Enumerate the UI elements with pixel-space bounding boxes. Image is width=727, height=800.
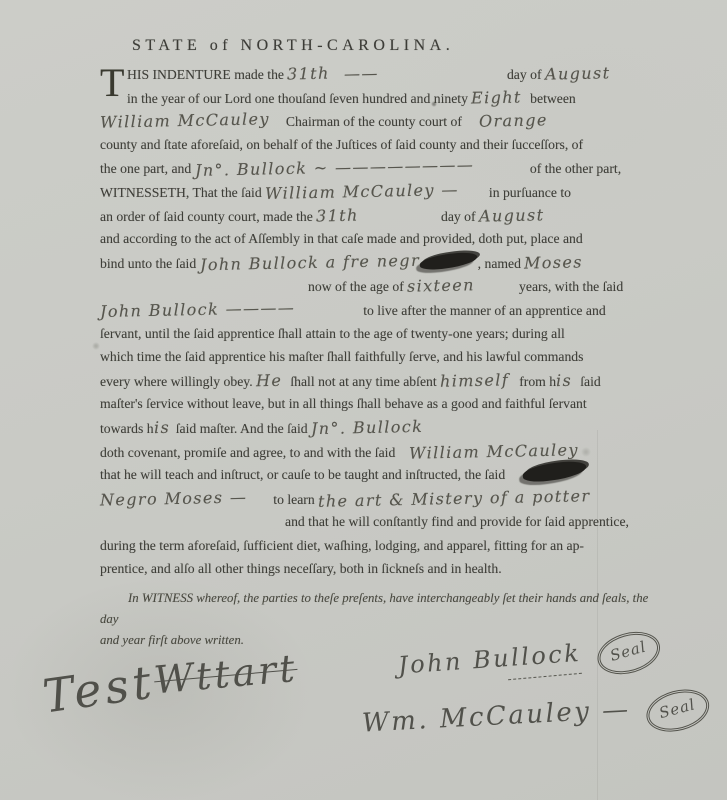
body-line: during the term aforeſaid, ſufficient di… [100, 534, 690, 558]
printed-text: Chairman of the county court of [286, 114, 465, 129]
witness-signature-flourish: Wttart [152, 646, 299, 702]
handwritten-fill: William McCauley [100, 107, 270, 134]
handwritten-fill: William McCauley [409, 438, 579, 465]
body-line: county and ſtate aforeſaid, on behalf of… [100, 133, 690, 157]
spacer [509, 385, 519, 386]
body-line: doth covenant, promiſe and agree, to and… [100, 440, 690, 464]
printed-text: now of the age of [308, 279, 407, 294]
spacer [465, 125, 479, 126]
printed-text: of the other part, [530, 161, 621, 176]
body-line: now of the age of sixteenyears, with the… [100, 274, 690, 298]
witness-attest-text: Test [39, 654, 158, 723]
spacer [522, 102, 530, 103]
printed-text: maſter's ſervice without leave, but in a… [100, 396, 587, 411]
handwritten-fill: is [556, 369, 573, 393]
spacer [399, 456, 409, 457]
handwritten-fill: 31th [316, 203, 359, 227]
printed-text: from h [519, 374, 556, 389]
printed-text: , named [478, 256, 525, 271]
document-page: STATE of NORTH-CAROLINA. T HIS INDENTURE… [0, 0, 727, 800]
printed-text: the one part, and [100, 161, 195, 176]
printed-text: every where willingly obey. [100, 374, 256, 389]
body-line: HIS INDENTURE made the 31th——day of Augu… [100, 62, 690, 86]
spacer [359, 220, 441, 221]
signature-name: Wm. McCauley — [361, 695, 631, 739]
body-line: in the year of our Lord one thouſand ſev… [100, 86, 690, 110]
ink-blot-icon [521, 460, 587, 485]
printed-text: and according to the act of Aſſembly in … [100, 231, 583, 246]
printed-text: which time the ſaid apprentice his maſte… [100, 349, 583, 364]
spacer [459, 196, 489, 197]
spacer [475, 290, 519, 291]
spacer [330, 78, 344, 79]
handwritten-fill: Eight [471, 85, 522, 110]
printed-text: ſaid [580, 374, 601, 389]
handwritten-fill: August [545, 61, 611, 86]
printed-text: ſhall not at any time abſent [290, 374, 440, 389]
printed-text: to learn [273, 492, 318, 507]
printed-text: in purſuance to [489, 185, 571, 200]
handwritten-fill: Orange [479, 108, 548, 133]
body-line: prentice, and alſo all other things nece… [100, 557, 690, 581]
printed-text: towards h [100, 421, 154, 436]
handwritten-fill: John Bullock ———— [100, 296, 296, 324]
spacer [295, 314, 363, 315]
body-line: which time the ſaid apprentice his maſte… [100, 345, 690, 369]
printed-text: doth covenant, promiſe and agree, to and… [100, 445, 399, 460]
printed-text: years, with the ſaid [519, 279, 623, 294]
printed-text: bind unto the ſaid [100, 256, 200, 271]
body-line: towards hisſaid maſter. And the ſaid Jn°… [100, 416, 690, 440]
printed-text: prentice, and alſo all other things nece… [100, 561, 502, 576]
body-line: that he will teach and inſtruct, or cauſ… [100, 463, 690, 487]
body-line: ſervant, until the ſaid apprentice ſhall… [100, 322, 690, 346]
body-line: and that he will conſtantly find and pro… [100, 510, 690, 534]
handwritten-fill: himself [440, 368, 510, 393]
body-line: John Bullock ————to live after the manne… [100, 298, 690, 322]
signature-wm-mccauley: Wm. McCauley — Seal [361, 689, 711, 747]
seal-icon: Seal [642, 683, 714, 738]
body-line: William McCauleyChairman of the county c… [100, 109, 690, 133]
handwritten-fill: Negro Moses — [100, 485, 248, 512]
printed-text: day of [507, 67, 545, 82]
printed-text: during the term aforeſaid, ſufficient di… [100, 538, 584, 553]
body-line: an order of ſaid county court, made the … [100, 204, 690, 228]
handwritten-fill: sixteen [407, 274, 475, 299]
printed-text: ſaid maſter. And the ſaid [176, 421, 311, 436]
handwritten-fill: John Bullock a fre negr [199, 248, 419, 276]
printed-text: day of [441, 209, 479, 224]
body-line: WITNESSETH, That the ſaid William McCaul… [100, 180, 690, 204]
body-line: the one part, and Jn°. Bullock ~ ———————… [100, 156, 690, 180]
printed-text: that he will teach and inſtruct, or cauſ… [100, 467, 509, 482]
printed-text: WITNESSETH, That the ſaid [100, 185, 265, 200]
handwritten-fill: the art & Mistery of a potter [318, 484, 591, 513]
handwritten-fill: William McCauley — [265, 178, 459, 206]
spacer [474, 172, 530, 173]
body-line: bind unto the ſaid John Bullock a fre ne… [100, 251, 690, 275]
printed-text: and that he will conſtantly find and pro… [285, 514, 629, 529]
handwritten-fill: August [479, 203, 545, 228]
printed-text: HIS INDENTURE made the [127, 67, 287, 82]
ink-blot-icon [419, 250, 478, 271]
document-title: STATE of NORTH-CAROLINA. [132, 37, 454, 55]
witness-clause-line1: In WITNESS whereof, the parties to theſe… [100, 588, 665, 630]
handwritten-fill: He [256, 368, 283, 392]
handwritten-fill: Moses [524, 250, 583, 275]
printed-text: to live after the manner of an apprentic… [363, 303, 605, 318]
document-body: T HIS INDENTURE made the 31th——day of Au… [100, 62, 690, 581]
handwritten-fill: —— [344, 62, 379, 86]
spacer [247, 503, 273, 504]
body-line: every where willingly obey. Heſhall not … [100, 369, 690, 393]
printed-text: between [530, 91, 576, 106]
body-line: maſter's ſervice without leave, but in a… [100, 392, 690, 416]
body-line: Negro Moses —to learn the art & Mistery … [100, 487, 690, 511]
body-line: and according to the act of Aſſembly in … [100, 227, 690, 251]
dropcap-initial: T [100, 62, 127, 106]
printed-text: county and ſtate aforeſaid, on behalf of… [100, 137, 583, 152]
printed-text: in the year of our Lord one thouſand ſev… [127, 91, 471, 106]
printed-text: ſervant, until the ſaid apprentice ſhall… [100, 326, 565, 341]
handwritten-fill: is [153, 416, 170, 440]
spacer [270, 125, 286, 126]
handwritten-fill: 31th [287, 62, 330, 86]
handwritten-fill: Jn°. Bullock [311, 415, 424, 441]
printed-text: an order of ſaid county court, made the [100, 209, 316, 224]
spacer [379, 78, 507, 79]
spacer [509, 478, 523, 479]
